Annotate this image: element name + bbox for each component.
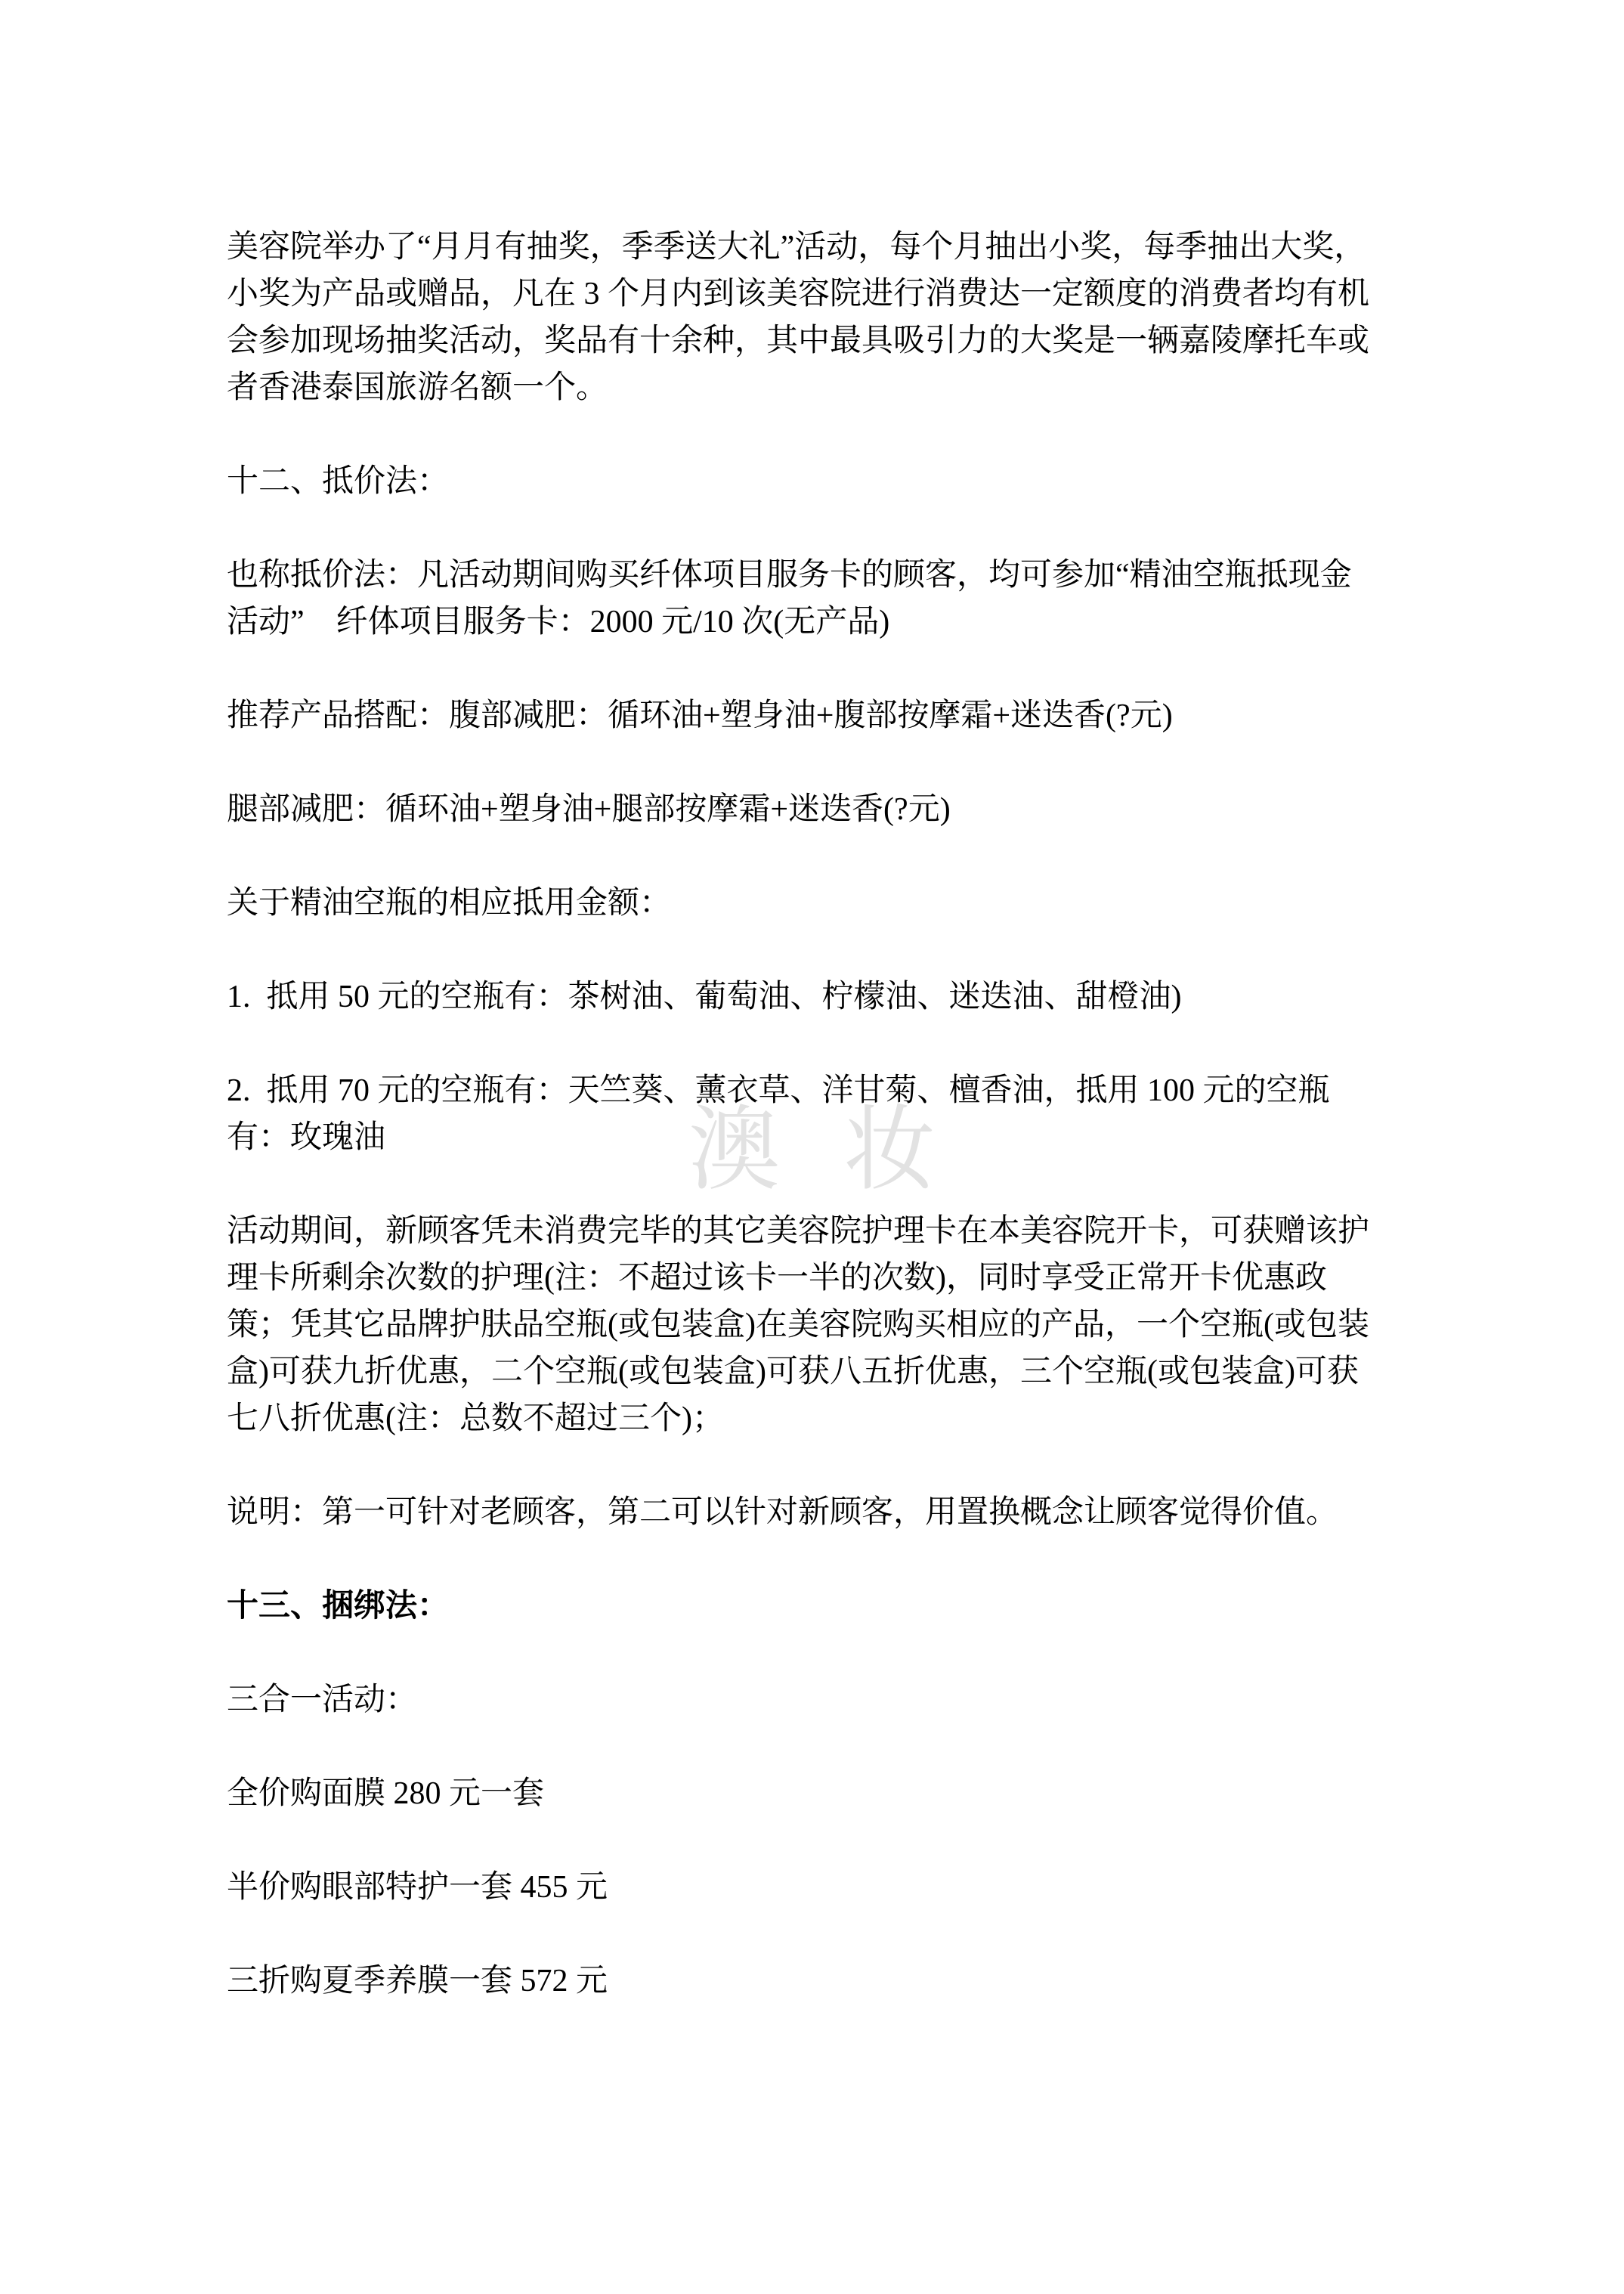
paragraph: 美容院举办了“月月有抽奖，季季送大礼”活动，每个月抽出小奖，每季抽出大奖，小奖为… xyxy=(227,224,1377,411)
paragraph: 推荐产品搭配：腹部减肥：循环油+塑身油+腹部按摩霜+迷迭香(?元) xyxy=(227,692,1377,739)
paragraph: 半价购眼部特护一套 455 元 xyxy=(227,1864,1377,1911)
paragraph: 说明：第一可针对老顾客，第二可以针对新顾客，用置换概念让顾客觉得价值。 xyxy=(227,1489,1377,1536)
paragraph: 活动期间，新顾客凭未消费完毕的其它美容院护理卡在本美容院开卡，可获赠该护理卡所剩… xyxy=(227,1208,1377,1442)
paragraph: 三折购夏季养膜一套 572 元 xyxy=(227,1958,1377,2005)
paragraph: 关于精油空瓶的相应抵用金额： xyxy=(227,880,1377,927)
paragraph: 三合一活动： xyxy=(227,1676,1377,1723)
paragraph: 1. 抵用 50 元的空瓶有：茶树油、葡萄油、柠檬油、迷迭油、甜橙油) xyxy=(227,974,1377,1020)
paragraph: 也称抵价法：凡活动期间购买纤体项目服务卡的顾客，均可参加“精油空瓶抵现金活动” … xyxy=(227,552,1377,645)
paragraph: 腿部减肥：循环油+塑身油+腿部按摩霜+迷迭香(?元) xyxy=(227,786,1377,833)
paragraph: 2. 抵用 70 元的空瓶有：天竺葵、薰衣草、洋甘菊、檀香油，抵用 100 元的… xyxy=(227,1067,1377,1161)
section-heading: 十三、捆绑法： xyxy=(227,1583,1377,1630)
paragraph: 十二、抵价法： xyxy=(227,458,1377,505)
paragraph: 全价购面膜 280 元一套 xyxy=(227,1770,1377,1817)
document-page: 澳 妆 美容院举办了“月月有抽奖，季季送大礼”活动，每个月抽出小奖，每季抽出大奖… xyxy=(0,0,1624,2294)
paragraph-list: 美容院举办了“月月有抽奖，季季送大礼”活动，每个月抽出小奖，每季抽出大奖，小奖为… xyxy=(227,224,1377,2051)
